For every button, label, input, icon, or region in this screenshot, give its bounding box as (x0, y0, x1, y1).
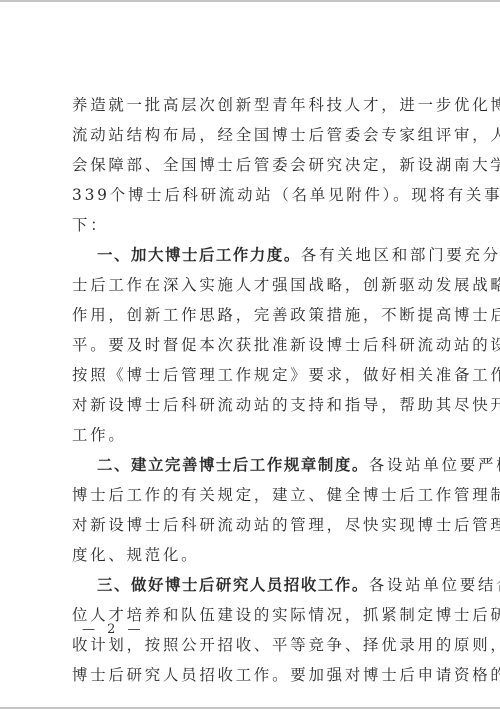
text-line: 对新设博士后科研流动站的支持和指导，帮助其尽快开展博士后 (72, 390, 438, 420)
section-1-first-line: 一、加大博士后工作力度。各有关地区和部门要充分认识博 (72, 240, 438, 270)
text-line: 平。要及时督促本次获批准新设博士后科研流动站的设站单位， (72, 330, 438, 360)
section-1-heading: 一、加大博士后工作力度。 (97, 246, 301, 264)
section-2-heading: 二、建立完善博士后工作规章制度。 (97, 456, 369, 474)
section-3-first-line: 三、做好博士后研究人员招收工作。各设站单位要结合本单 (72, 570, 438, 600)
text-line: 养造就一批高层次创新型青年科技人才，进一步优化博士后科研 (72, 90, 438, 120)
section-2-first-line: 二、建立完善博士后工作规章制度。各设站单位要严格按照 (72, 450, 438, 480)
text-line: 作用，创新工作思路，完善政策措施，不断提高博士后工作水 (72, 300, 438, 330)
text-line: 士后工作在深入实施人才强国战略，创新驱动发展战略中的重要 (72, 270, 438, 300)
text-line: 下： (72, 210, 438, 240)
text-line: 流动站结构布局，经全国博士后管委会专家组评审，人力资源社 (72, 120, 438, 150)
document-page: 养造就一批高层次创新型青年科技人才，进一步优化博士后科研 流动站结构布局，经全国… (72, 90, 438, 690)
section-1-text: 各有关地区和部门要充分认识博 (301, 246, 500, 264)
text-line: 339个博士后科研流动站（名单见附件）。现将有关事项通知如 (72, 180, 438, 210)
page-top-edge (0, 0, 500, 2)
text-line: 度化、规范化。 (72, 540, 438, 570)
section-3-text: 各设站单位要结合本单 (369, 576, 500, 594)
text-line: 博士后研究人员招收工作。要加强对博士后申请资格的审查，严 (72, 660, 438, 690)
text-line: 对新设博士后科研流动站的管理，尽快实现博士后管理工作的制 (72, 510, 438, 540)
text-line: 工作。 (72, 420, 438, 450)
text-line: 会保障部、全国博士后管委会研究决定，新设湖南大学哲学等 (72, 150, 438, 180)
text-line: 按照《博士后管理工作规定》要求，做好相关准备工作。要加大 (72, 360, 438, 390)
section-2-text: 各设站单位要严格按照 (369, 456, 500, 474)
page-number: — 2 — (82, 622, 145, 637)
section-3-heading: 三、做好博士后研究人员招收工作。 (97, 576, 369, 594)
text-line: 博士后工作的有关规定，建立、健全博士后工作管理制度，加强 (72, 480, 438, 510)
